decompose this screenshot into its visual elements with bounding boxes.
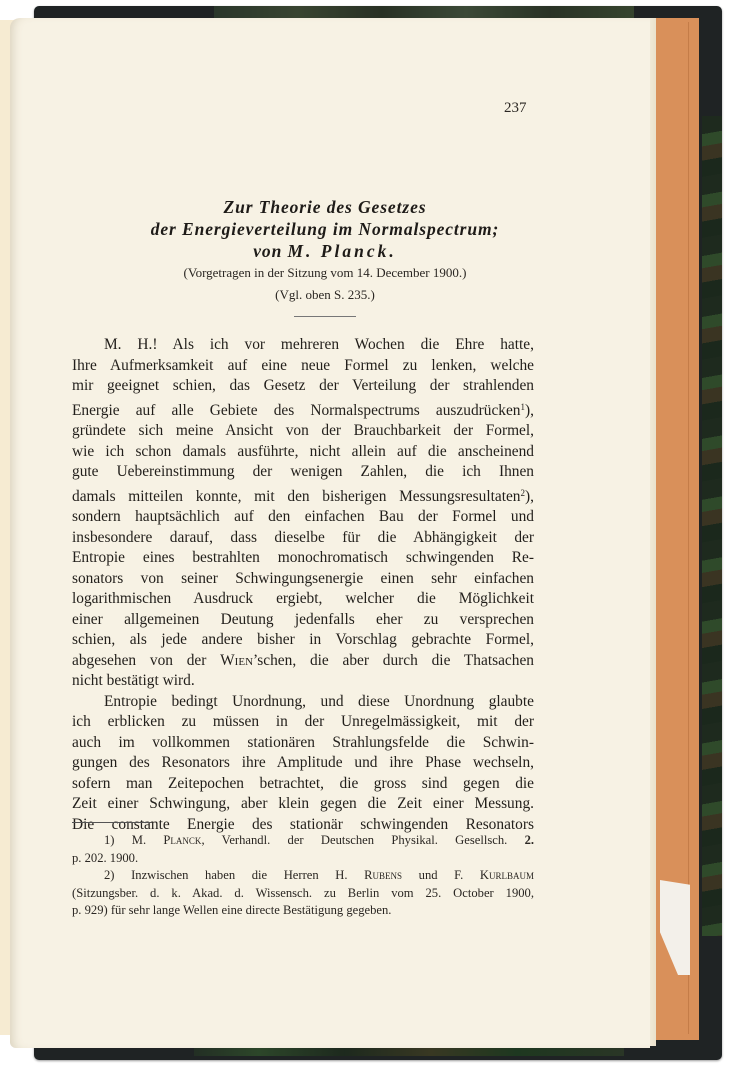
footnote-author: Kurlbaum [480, 868, 534, 882]
text-line: sofern man Zeitepochen betrachtet, die g… [72, 774, 534, 795]
footnote-2: 2) Inzwischen haben die Herren H. Rubens… [72, 867, 534, 885]
text-line: M. H.! Als ich vor mehreren Wochen die E… [72, 335, 534, 356]
text-line: auch im vollkommen stationären Strahlung… [72, 733, 534, 754]
text-line: damals mitteilen konnte, mit den bisheri… [72, 483, 534, 508]
text-fragment: Energie auf alle Gebiete des Normalspect… [72, 402, 521, 419]
ref-suffix: ), [525, 402, 534, 419]
cross-reference: (Vgl. oben S. 235.) [100, 284, 550, 306]
footnote-divider [72, 822, 152, 823]
text-line: mir geeignet schien, das Gesetz der Vert… [72, 376, 534, 397]
author-prefix: von [253, 241, 282, 261]
paragraph-2: Entropie bedingt Unordnung, und diese Un… [72, 692, 534, 836]
text-line: gründete sich meine Ansicht von der Brau… [72, 421, 534, 442]
text-line: Entropie bedingt Unordnung, und diese Un… [72, 692, 534, 713]
marbled-edge-right [702, 116, 722, 936]
text-line: sondern hauptsächlich auf den einfachen … [72, 507, 534, 528]
article-title-line-1: Zur Theorie des Gesetzes [100, 196, 550, 218]
footnote-marker: 1) M. [104, 833, 163, 847]
name-wien: Wien [220, 652, 253, 669]
printed-page: 237 Zur Theorie des Gesetzes der Energie… [10, 18, 650, 1048]
text-line: Ihre Aufmerksamkeit auf eine neue Formel… [72, 356, 534, 377]
text-line: insbesondere darauf, dass dieselbe für d… [72, 528, 534, 549]
author-name: M. Planck. [287, 241, 396, 261]
footnote-marker: 2) Inzwischen haben die Herren H. [104, 868, 364, 882]
footnote-2-line-3: p. 929) für sehr lange Wellen eine direc… [72, 902, 534, 920]
marbled-edge-top [214, 6, 634, 18]
footnote-volume: 2. [525, 833, 534, 847]
title-divider [294, 316, 356, 317]
ref-suffix: ), [525, 488, 534, 505]
footnotes: 1) M. Planck, Verhandl. der Deutschen Ph… [72, 832, 534, 920]
article-author: von M. Planck. [100, 240, 550, 262]
text-line: gungen des Resonators ihre Amplitude und… [72, 753, 534, 774]
footnote-text: , Verhandl. der Deutschen Physikal. Gese… [201, 833, 524, 847]
text-line: einer allgemeinen Deutung jedenfalls ehe… [72, 610, 534, 631]
article-body: M. H.! Als ich vor mehreren Wochen die E… [72, 335, 534, 835]
text-line: Zeit einer Schwingung, aber klein gegen … [72, 794, 534, 815]
text-line: logarithmischen Ausdruck ergiebt, welche… [72, 589, 534, 610]
text-fragment: abgesehen von der [72, 652, 220, 669]
text-line: ich erblicken zu müssen in der Unregelmä… [72, 712, 534, 733]
text-fragment: damals mitteilen konnte, mit den bisheri… [72, 488, 521, 505]
text-line: schien, als jede andere bisher in Vorsch… [72, 630, 534, 651]
text-fragment: ’schen, die aber durch die Thatsachen [253, 652, 534, 669]
footnote-author: Planck [163, 833, 201, 847]
footnote-text: und F. [402, 868, 480, 882]
text-line: nicht bestätigt wird. [72, 671, 534, 692]
text-line: Energie auf alle Gebiete des Normalspect… [72, 397, 534, 422]
article-header: Zur Theorie des Gesetzes der Energievert… [100, 196, 550, 317]
paragraph-1: M. H.! Als ich vor mehreren Wochen die E… [72, 335, 534, 692]
text-line: gute Uebereinstimmung der wenigen Zahlen… [72, 462, 534, 483]
presentation-note: (Vorgetragen in der Sitzung vom 14. Dece… [100, 262, 550, 284]
article-title-line-2: der Energieverteilung im Normalspectrum; [100, 218, 550, 240]
footnote-2-line-2: (Sitzungsber. d. k. Akad. d. Wissensch. … [72, 885, 534, 903]
endpaper-fold [688, 22, 689, 1034]
text-line: abgesehen von der Wien’schen, die aber d… [72, 651, 534, 672]
text-line: wie ich schon damals ausführte, nicht al… [72, 442, 534, 463]
text-line: Entropie eines bestrahlten monochromatis… [72, 548, 534, 569]
footnote-1: 1) M. Planck, Verhandl. der Deutschen Ph… [72, 832, 534, 850]
footnote-author: Rubens [364, 868, 402, 882]
page-number: 237 [504, 100, 527, 117]
text-line: sonators von seiner Schwingungsenergie e… [72, 569, 534, 590]
footnote-1-cont: p. 202. 1900. [72, 850, 534, 868]
